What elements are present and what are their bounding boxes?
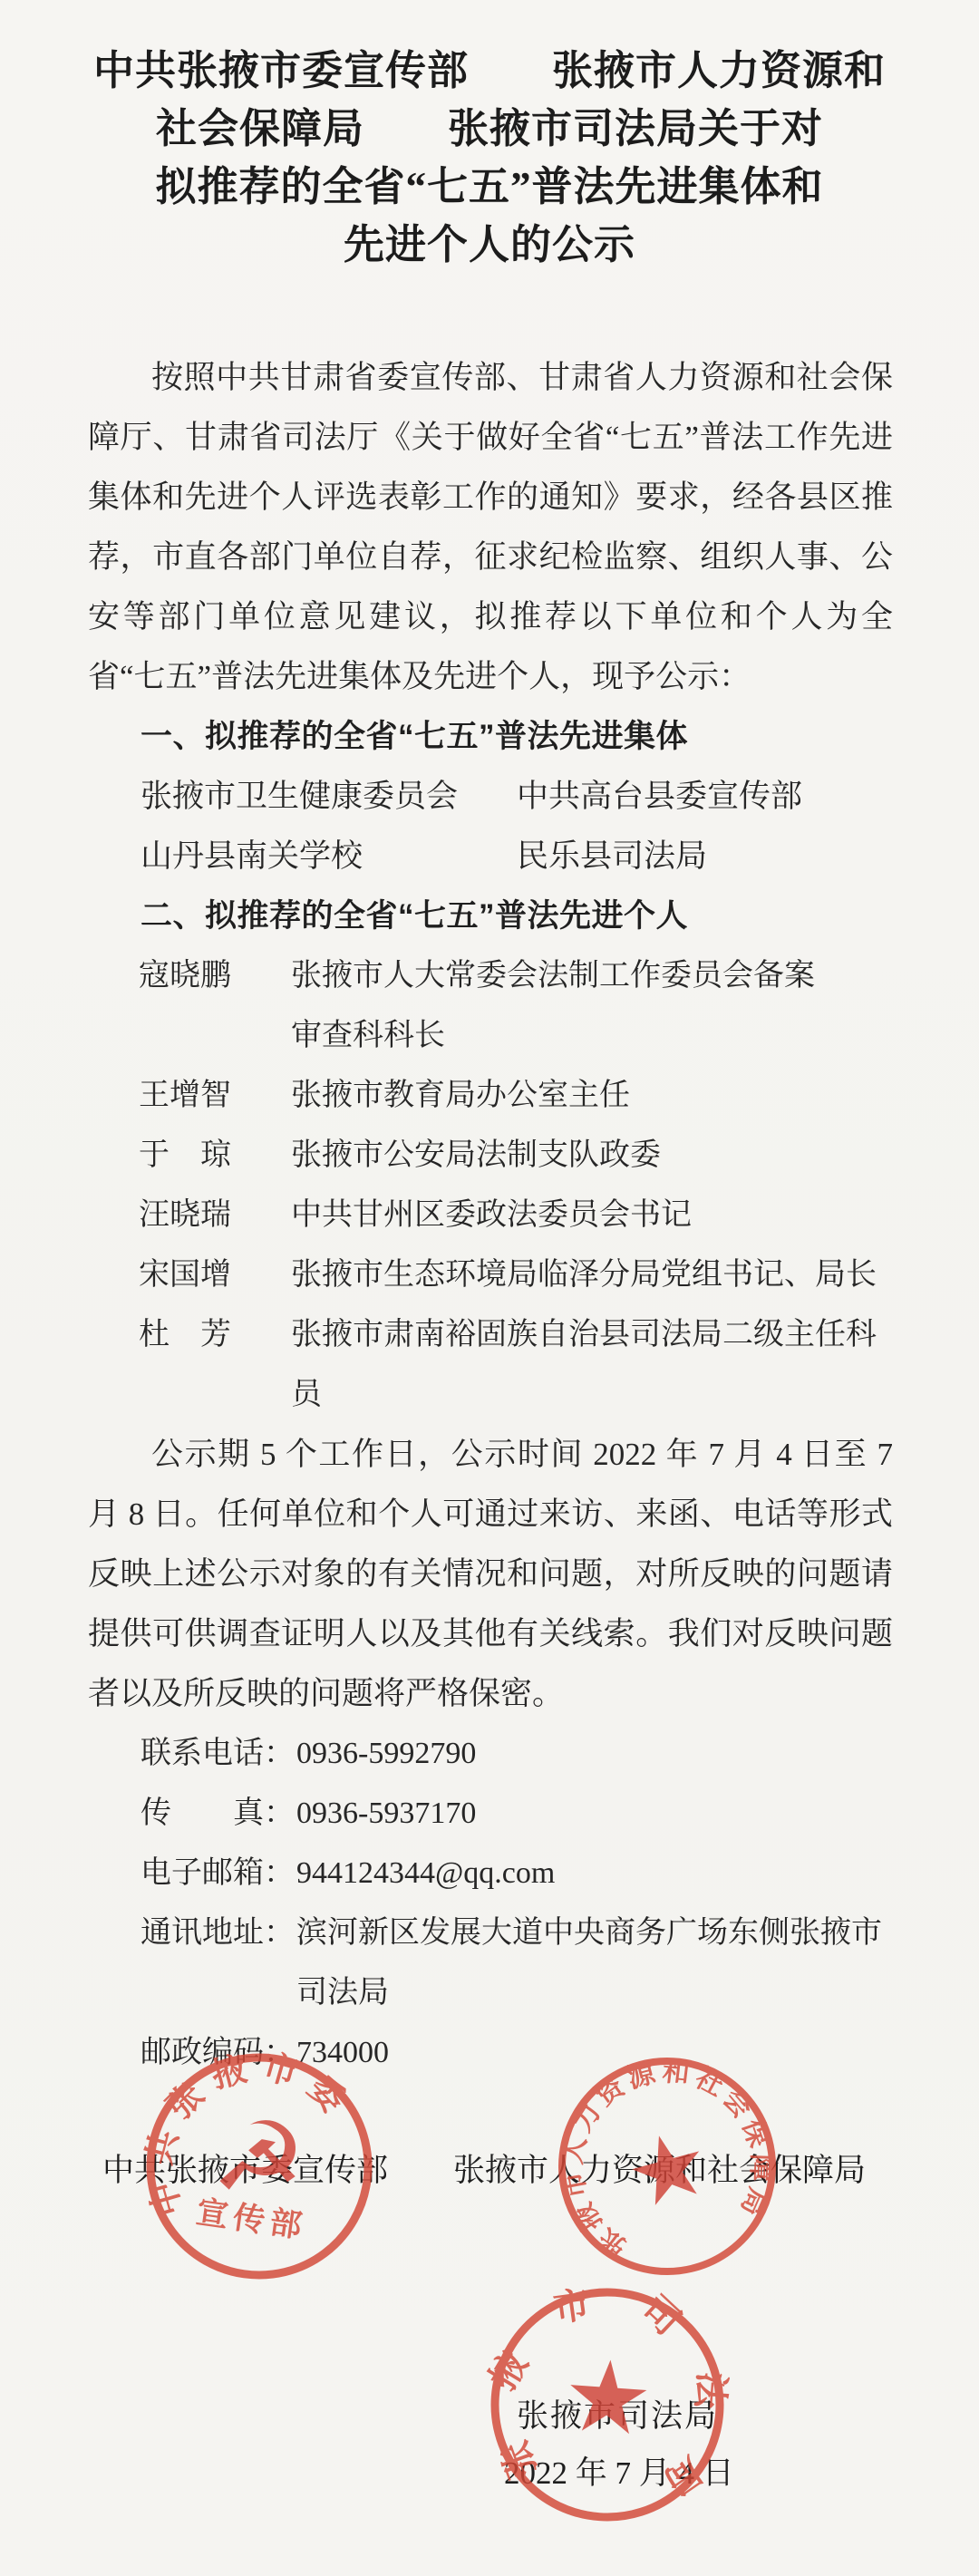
intro-paragraph: 按照中共甘肃省委宣传部、甘肃省人力资源和社会保障厅、甘肃省司法厅《关于做好全省“… — [88, 348, 893, 707]
contact-label: 联系电话： — [141, 1724, 296, 1784]
person-row: 杜 芳 张掖市肃南裕固族自治县司法局二级主任科员 — [139, 1305, 893, 1425]
notice-paragraph: 公示期 5 个工作日，公示时间 2022 年 7 月 4 日至 7 月 8 日。… — [88, 1425, 893, 1724]
contact-label: 电子邮箱： — [141, 1844, 296, 1903]
contact-row-phone: 联系电话： 0936-5992790 — [141, 1724, 893, 1784]
star-icon: ★ — [616, 2111, 720, 2229]
title-line-1: 中共张掖市委宣传部 张掖市人力资源和 — [0, 42, 979, 100]
collective-name: 张掖市卫生健康委员会 — [141, 767, 517, 827]
title-line-2: 社会保障局 张掖市司法局关于对 — [0, 100, 979, 158]
contact-row-email: 电子邮箱： 944124344@qq.com — [141, 1844, 893, 1903]
contact-value: 滨河新区发展大道中央商务广场东侧张掖市司法局 — [296, 1903, 893, 2023]
person-title: 张掖市生态环境局临泽分局党组书记、局长 — [291, 1245, 893, 1305]
contact-value: 0936-5992790 — [296, 1724, 893, 1784]
collective-name: 民乐县司法局 — [517, 827, 893, 886]
person-name: 于 琼 — [139, 1126, 291, 1186]
person-name: 王增智 — [139, 1066, 291, 1126]
person-name: 寇晓鹏 — [139, 946, 291, 1066]
section-1-heading: 一、拟推荐的全省“七五”普法先进集体 — [141, 707, 893, 767]
document-title: 中共张掖市委宣传部 张掖市人力资源和 社会保障局 张掖市司法局关于对 拟推荐的全… — [0, 0, 979, 274]
official-seal-propaganda-dept: 中共张掖市委 ☭ 宣传部 — [137, 2044, 382, 2289]
person-title: 张掖市人大常委会法制工作委员会备案 审查科科长 — [291, 946, 893, 1066]
document-body: 按照中共甘肃省委宣传部、甘肃省人力资源和社会保障厅、甘肃省司法厅《关于做好全省“… — [0, 348, 979, 2083]
collective-name: 中共高台县委宣传部 — [517, 767, 893, 827]
person-row: 汪晓瑞 中共甘州区委政法委员会书记 — [139, 1186, 893, 1245]
star-icon: ★ — [559, 2340, 656, 2457]
official-seal-justice-bureau: 张掖市司法局 ★ — [485, 2282, 730, 2527]
contact-row-fax: 传 真： 0936-5937170 — [141, 1784, 893, 1844]
person-name: 宋国增 — [139, 1245, 291, 1305]
person-name: 杜 芳 — [139, 1305, 291, 1425]
person-row: 寇晓鹏 张掖市人大常委会法制工作委员会备案 审查科科长 — [139, 946, 893, 1066]
contact-label: 传 真： — [141, 1784, 296, 1844]
contact-label: 通讯地址： — [141, 1903, 296, 2023]
section-2-heading: 二、拟推荐的全省“七五”普法先进个人 — [141, 886, 893, 946]
person-title: 张掖市教育局办公室主任 — [291, 1066, 893, 1126]
title-line-4: 先进个人的公示 — [0, 216, 979, 274]
collective-row: 张掖市卫生健康委员会 中共高台县委宣传部 — [141, 767, 893, 827]
person-row: 宋国增 张掖市生态环境局临泽分局党组书记、局长 — [139, 1245, 893, 1305]
contact-value: 0936-5937170 — [296, 1784, 893, 1844]
person-row: 于 琼 张掖市公安局法制支队政委 — [139, 1126, 893, 1186]
title-line-3: 拟推荐的全省“七五”普法先进集体和 — [0, 158, 979, 216]
person-name: 汪晓瑞 — [139, 1186, 291, 1245]
official-seal-hr-bureau: 张掖市人力资源和社会保障局 ★ — [551, 2050, 783, 2282]
contact-row-address: 通讯地址： 滨河新区发展大道中央商务广场东侧张掖市司法局 — [141, 1903, 893, 2023]
person-row: 王增智 张掖市教育局办公室主任 — [139, 1066, 893, 1126]
person-title: 张掖市肃南裕固族自治县司法局二级主任科员 — [291, 1305, 893, 1425]
contact-value: 944124344@qq.com — [296, 1844, 893, 1903]
person-title: 张掖市公安局法制支队政委 — [291, 1126, 893, 1186]
collective-name: 山丹县南关学校 — [141, 827, 517, 886]
person-title: 中共甘州区委政法委员会书记 — [291, 1186, 893, 1245]
collective-row: 山丹县南关学校 民乐县司法局 — [141, 827, 893, 886]
